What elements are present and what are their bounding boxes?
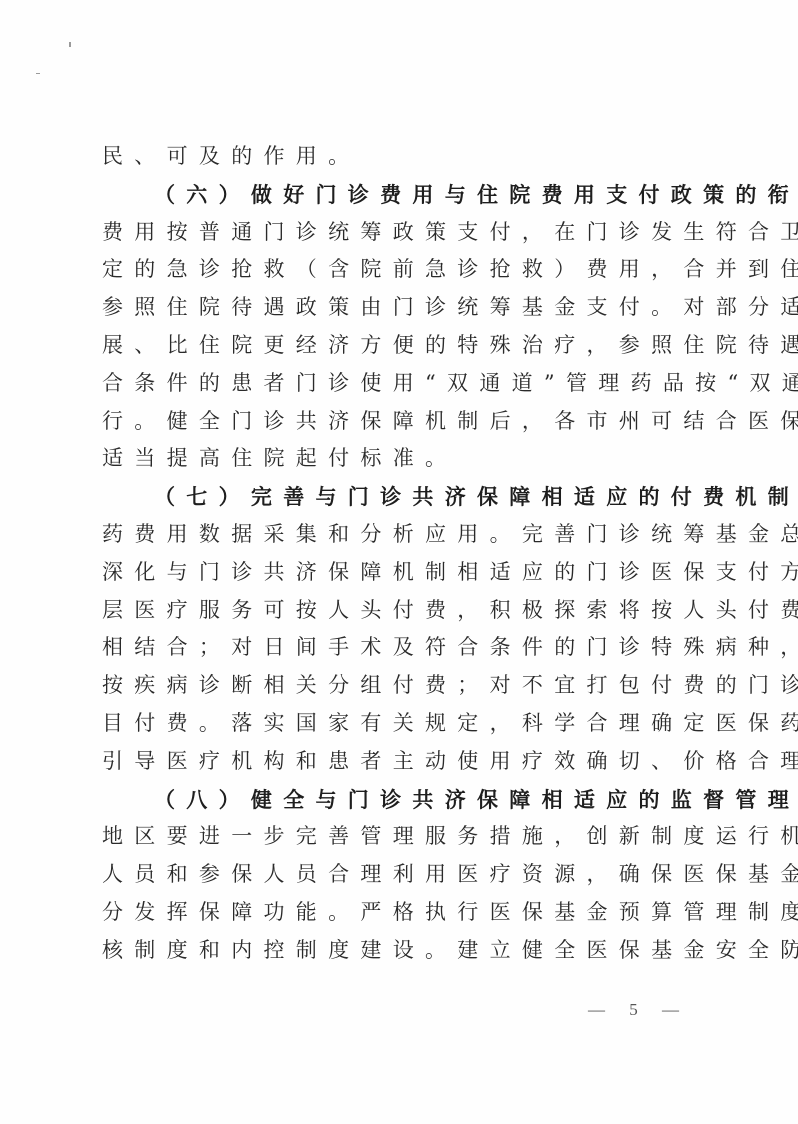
- text-line: 展、比住院更经济方便的特殊治疗，参照住院待遇进行管理。符: [102, 327, 686, 365]
- text-line: 相结合；对日间手术及符合条件的门诊特殊病种，推行按病种或: [102, 629, 686, 667]
- text-line: 参照住院待遇政策由门诊统筹基金支付。对部分适合在门诊开: [102, 289, 686, 327]
- text-line: 合条件的患者门诊使用“双通道”管理药品按“双通道”政策执: [102, 365, 686, 403]
- section-8-heading: （八）健全与门诊共济保障相适应的监督管理机制。: [154, 787, 798, 812]
- text-line: 按疾病诊断相关分组付费；对不宜打包付费的门诊费用，可按项: [102, 667, 686, 705]
- section-7-heading: （七）完善与门诊共济保障相适应的付费机制。: [154, 484, 798, 509]
- text-line: 分发挥保障功能。严格执行医保基金预算管理制度，加强基金稽: [102, 894, 686, 932]
- text-line: 行。健全门诊共济保障机制后，各市州可结合医保基金运行情况: [102, 403, 686, 441]
- scan-artifact: [69, 42, 71, 47]
- text-line: 地区要进一步完善管理服务措施，创新制度运行机制，引导医务: [102, 818, 686, 856]
- section-8-first-line: （八）健全与门诊共济保障相适应的监督管理机制。各统筹: [102, 781, 686, 819]
- document-page: 民、可及的作用。 （六）做好门诊费用与住院费用支付政策的衔接。普通急诊 费用按普…: [0, 0, 798, 1124]
- text-line: 适当提高住院起付标准。: [102, 440, 686, 478]
- section-6-heading: （六）做好门诊费用与住院费用支付政策的衔接。: [154, 182, 798, 207]
- page-number: — 5 —: [588, 1000, 689, 1020]
- section-7-first-line: （七）完善与门诊共济保障相适应的付费机制。加强门诊医: [102, 478, 686, 516]
- text-line: 药费用数据采集和分析应用。完善门诊统筹基金总额预算管理，: [102, 516, 686, 554]
- text-line: 定的急诊抢救（含院前急诊抢救）费用，合并到住院费用结算或: [102, 251, 686, 289]
- text-line: 费用按普通门诊统筹政策支付，在门诊发生符合卫生健康部门规: [102, 214, 686, 252]
- text-line: 深化与门诊共济保障机制相适应的门诊医保支付方式改革。对基: [102, 554, 686, 592]
- text-line: 目付费。落实国家有关规定，科学合理确定医保药品支付标准，: [102, 705, 686, 743]
- scan-artifact: [36, 73, 40, 74]
- text-line: 引导医疗机构和患者主动使用疗效确切、价格合理的药品。: [102, 743, 686, 781]
- text-line: 核制度和内控制度建设。建立健全医保基金安全防控机制，全面: [102, 932, 686, 970]
- text-line: 民、可及的作用。: [102, 138, 686, 176]
- text-line: 人员和参保人员合理利用医疗资源，确保医保基金平稳运行，充: [102, 856, 686, 894]
- body-text: 民、可及的作用。 （六）做好门诊费用与住院费用支付政策的衔接。普通急诊 费用按普…: [102, 138, 686, 970]
- text-line: 层医疗服务可按人头付费，积极探索将按人头付费与慢性病管理: [102, 592, 686, 630]
- section-6-first-line: （六）做好门诊费用与住院费用支付政策的衔接。普通急诊: [102, 176, 686, 214]
